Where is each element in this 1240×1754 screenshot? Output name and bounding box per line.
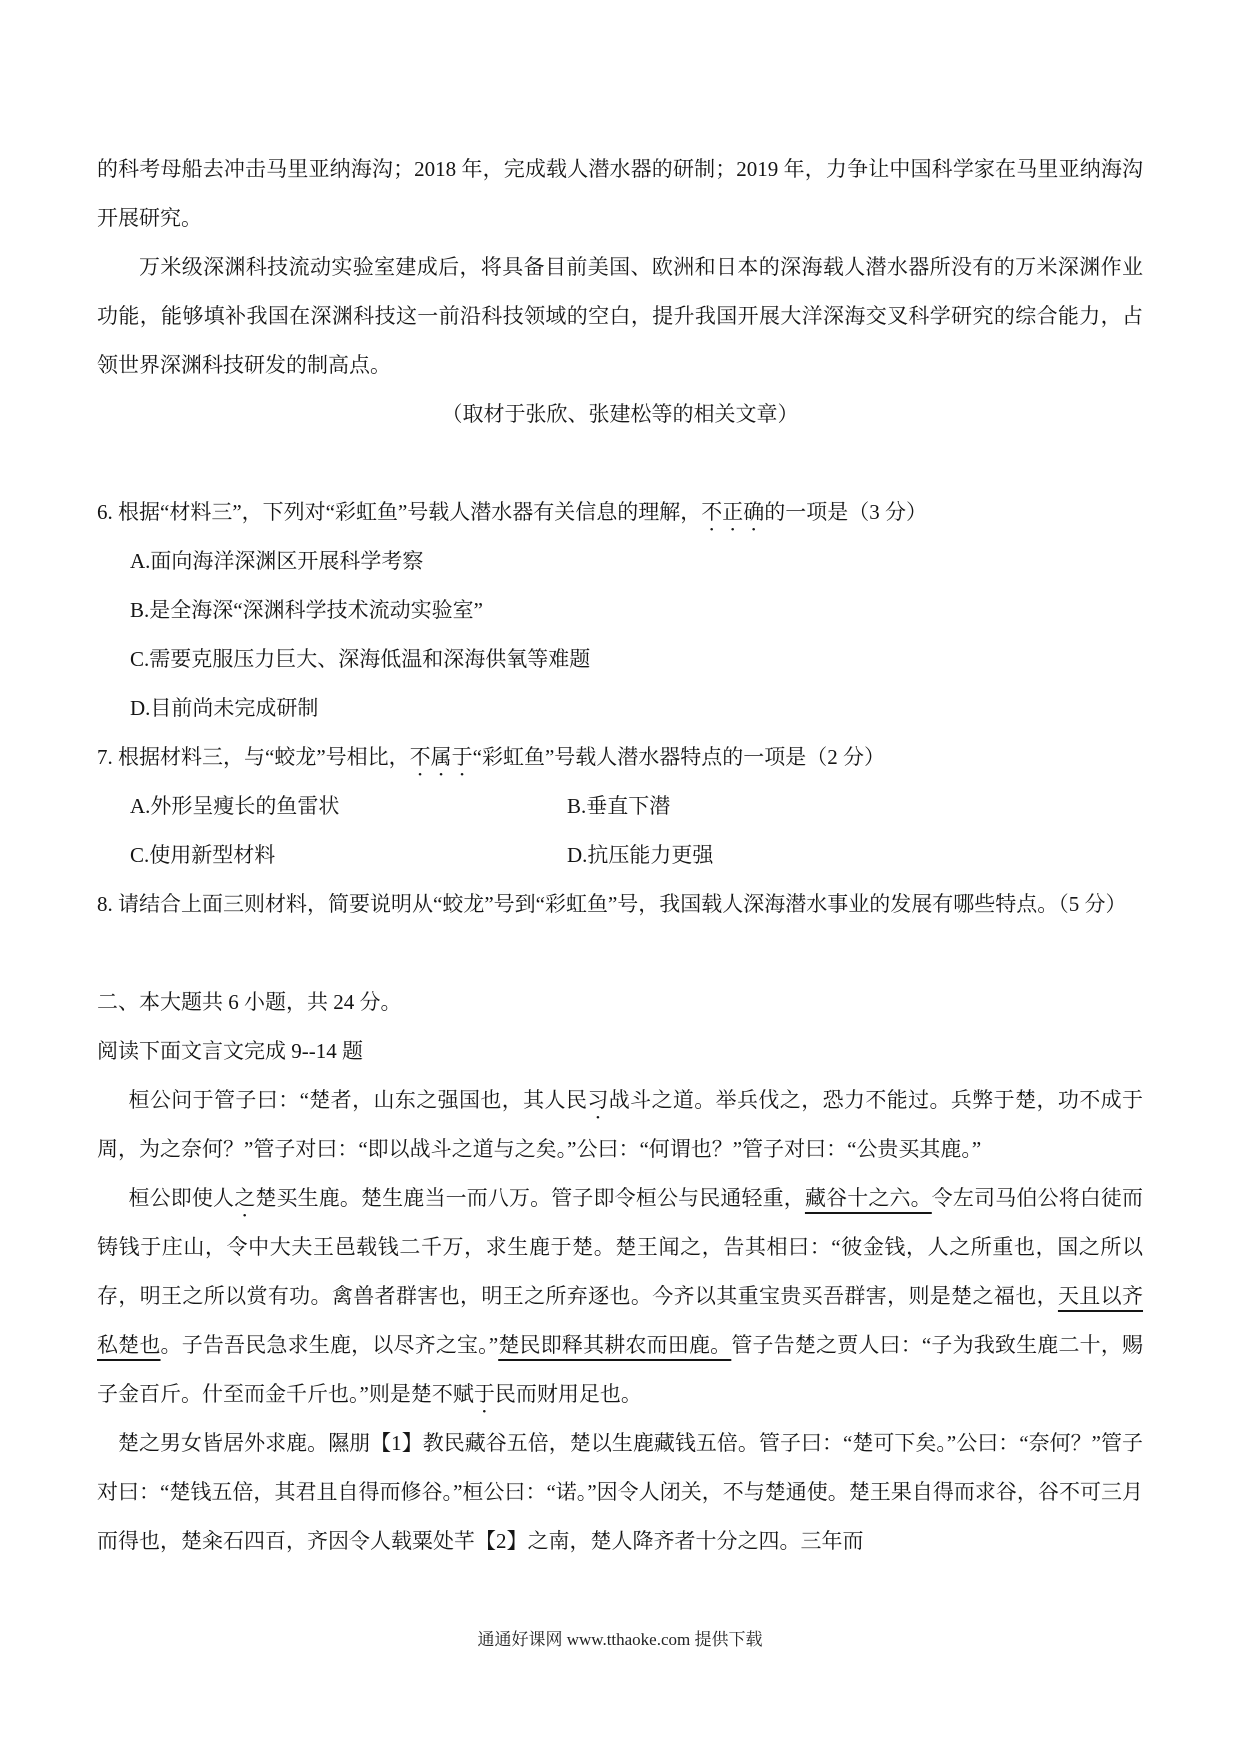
q7-options-row-1: A.外形呈瘦长的鱼雷状 B.垂直下潜: [97, 782, 1143, 831]
q7-option-a: A.外形呈瘦长的鱼雷状: [130, 782, 567, 831]
text-segment: 于: [474, 1382, 495, 1406]
reading-instruction: 阅读下面文言文完成 9--14 题: [97, 1027, 1143, 1076]
source-attribution: （取材于张欣、张建松等的相关文章）: [97, 390, 1143, 439]
q7-option-d: D.抗压能力更强: [567, 831, 713, 880]
q6-stem-prefix: 6. 根据“材料三”，下列对“彩虹鱼”号载人潜水器有关信息的理解，: [97, 500, 701, 524]
q6-option-a: A.面向海洋深渊区开展科学考察: [97, 537, 1143, 586]
section-2-header: 二、本大题共 6 小题，共 24 分。: [97, 978, 1143, 1027]
page-footer: 通通好课网 www.tthaoke.com 提供下载: [0, 1626, 1240, 1654]
vertical-gap: [97, 929, 1143, 978]
text-segment: 民而财用足也。: [495, 1382, 642, 1406]
text-segment: 楚买生鹿。楚生鹿当一而八万。管子即令桓公与民通轻重，: [255, 1186, 805, 1210]
wenyan-paragraph-1: 桓公问于管子曰：“楚者，山东之强国也，其人民习战斗之道。举兵伐之，恐力不能过。兵…: [97, 1076, 1143, 1174]
vertical-gap: [97, 439, 1143, 488]
q7-stem-emphasis: 不属于: [410, 745, 473, 769]
page-content: 的科考母船去冲击马里亚纳海沟；2018 年，完成载人潜水器的研制；2019 年，…: [0, 0, 1240, 1566]
q6-stem-emphasis: 不正确: [701, 500, 764, 524]
text-segment: 楚之男女皆居外求鹿。隰朋【1】教民藏谷五倍，楚以生鹿藏钱五倍。管子曰：“楚可下矣…: [97, 1431, 1143, 1553]
q7-options-row-2: C.使用新型材料 D.抗压能力更强: [97, 831, 1143, 880]
text-segment: 藏谷十之六。: [805, 1186, 932, 1210]
q7-option-c: C.使用新型材料: [130, 831, 567, 880]
q6-stem-suffix: 的一项是（3 分）: [764, 500, 927, 524]
text-segment: 之: [234, 1186, 255, 1210]
text-segment: 桓公即使人: [129, 1186, 235, 1210]
q7-stem-suffix: “彩虹鱼”号载人潜水器特点的一项是（2 分）: [473, 745, 885, 769]
text-segment: 习: [587, 1088, 608, 1112]
q7-stem-prefix: 7. 根据材料三，与“蛟龙”号相比，: [97, 745, 410, 769]
q7-option-b: B.垂直下潜: [567, 782, 670, 831]
material3-paragraph-lab: 万米级深渊科技流动实验室建成后，将具备目前美国、欧洲和日本的深海载人潜水器所没有…: [97, 243, 1143, 390]
question-6-stem: 6. 根据“材料三”，下列对“彩虹鱼”号载人潜水器有关信息的理解，不正确的一项是…: [97, 488, 1143, 537]
exam-paper-page: 的科考母船去冲击马里亚纳海沟；2018 年，完成载人潜水器的研制；2019 年，…: [0, 0, 1240, 1754]
q6-option-d: D.目前尚未完成研制: [97, 684, 1143, 733]
wenyan-paragraph-2: 桓公即使人之楚买生鹿。楚生鹿当一而八万。管子即令桓公与民通轻重，藏谷十之六。令左…: [97, 1174, 1143, 1419]
material3-paragraph-continuation: 的科考母船去冲击马里亚纳海沟；2018 年，完成载人潜水器的研制；2019 年，…: [97, 145, 1143, 243]
text-segment: 。子告吾民急求生鹿，以尽齐之宝。”: [161, 1333, 499, 1357]
q6-option-c: C.需要克服压力巨大、深海低温和深海供氧等难题: [97, 635, 1143, 684]
question-7-stem: 7. 根据材料三，与“蛟龙”号相比，不属于“彩虹鱼”号载人潜水器特点的一项是（2…: [97, 733, 1143, 782]
text-segment: 桓公问于管子曰：“楚者，山东之强国也，其人民: [129, 1088, 588, 1112]
text-segment: 楚民即释其耕农而田鹿。: [498, 1333, 731, 1357]
q6-option-b: B.是全海深“深渊科学技术流动实验室”: [97, 586, 1143, 635]
question-8-stem: 8. 请结合上面三则材料，简要说明从“蛟龙”号到“彩虹鱼”号，我国载人深海潜水事…: [97, 880, 1143, 929]
wenyan-paragraph-3: 楚之男女皆居外求鹿。隰朋【1】教民藏谷五倍，楚以生鹿藏钱五倍。管子曰：“楚可下矣…: [97, 1419, 1143, 1566]
